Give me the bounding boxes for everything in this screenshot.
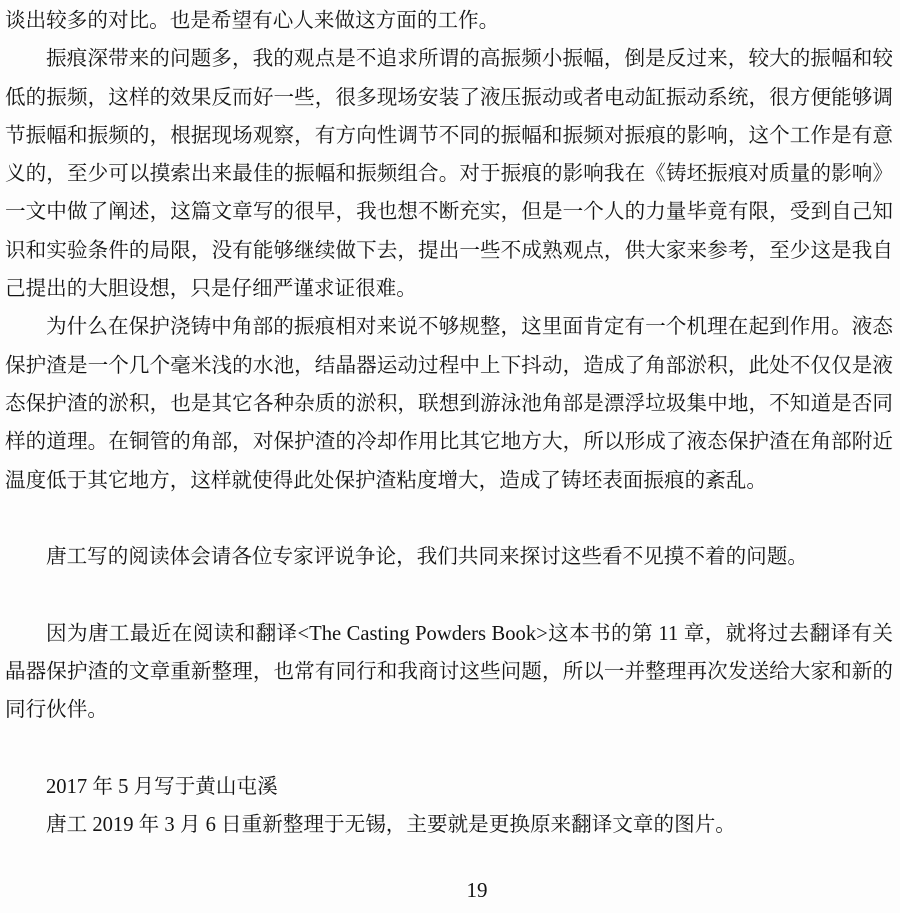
text-line: 样的道理。在铜管的角部，对保护渣的冷却作用比其它地方大，所以形成了液态保护渣在角… [5, 423, 893, 461]
text-line: 谈出较多的对比。也是希望有心人来做这方面的工作。 [5, 2, 893, 40]
page-number: 19 [467, 878, 488, 902]
text-line: 因为唐工最近在阅读和翻译<The Casting Powders Book>这本… [5, 615, 893, 653]
page-text: 谈出较多的对比。也是希望有心人来做这方面的工作。振痕深带来的问题多，我的观点是不… [5, 2, 893, 845]
text-line: 保护渣是一个几个毫米浅的水池，结晶器运动过程中上下抖动，造成了角部淤积，此处不仅… [5, 347, 893, 385]
paragraph: 为什么在保护浇铸中角部的振痕相对来说不够规整，这里面肯定有一个机理在起到作用。液… [5, 308, 893, 499]
text-line: 义的，至少可以摸索出来最佳的振幅和振频组合。对于振痕的影响我在《铸坯振痕对质量的… [5, 155, 893, 193]
text-line: 同行伙伴。 [5, 691, 893, 729]
text-line: 一文中做了阐述，这篇文章写的很早，我也想不断充实，但是一个人的力量毕竟有限，受到… [5, 193, 893, 231]
text-line: 低的振频，这样的效果反而好一些，很多现场安装了液压振动或者电动缸振动系统，很方便… [5, 79, 893, 117]
text-line: 为什么在保护浇铸中角部的振痕相对来说不够规整，这里面肯定有一个机理在起到作用。液… [5, 308, 893, 346]
paragraph: 振痕深带来的问题多，我的观点是不追求所谓的高振频小振幅，倒是反过来，较大的振幅和… [5, 40, 893, 308]
text-line: 节振幅和振频的，根据现场观察，有方向性调节不同的振幅和振频对振痕的影响，这个工作… [5, 117, 893, 155]
text-line: 晶器保护渣的文章重新整理，也常有同行和我商讨这些问题，所以一并整理再次发送给大家… [5, 653, 893, 691]
text-line: 态保护渣的淤积，也是其它各种杂质的淤积，联想到游泳池角部是漂浮垃圾集中地，不知道… [5, 385, 893, 423]
text-line: 温度低于其它地方，这样就使得此处保护渣粘度增大，造成了铸坯表面振痕的紊乱。 [5, 462, 893, 500]
text-line: 唐工写的阅读体会请各位专家评说争论，我们共同来探讨这些看不见摸不着的问题。 [5, 538, 893, 576]
text-line: 唐工 2019 年 3 月 6 日重新整理于无锡，主要就是更换原来翻译文章的图片… [5, 806, 893, 844]
text-line: 己提出的大胆设想，只是仔细严谨求证很难。 [5, 270, 893, 308]
paragraph: 唐工 2019 年 3 月 6 日重新整理于无锡，主要就是更换原来翻译文章的图片… [5, 806, 893, 844]
text-line: 振痕深带来的问题多，我的观点是不追求所谓的高振频小振幅，倒是反过来，较大的振幅和… [5, 40, 893, 78]
text-line: 2017 年 5 月写于黄山屯溪 [5, 768, 893, 806]
page-footer: 19 [0, 877, 900, 903]
paragraph: 因为唐工最近在阅读和翻译<The Casting Powders Book>这本… [5, 615, 893, 730]
text-line: 识和实验条件的局限，没有能够继续做下去，提出一些不成熟观点，供大家来参考，至少这… [5, 232, 893, 270]
paragraph: 唐工写的阅读体会请各位专家评说争论，我们共同来探讨这些看不见摸不着的问题。 [5, 538, 893, 576]
document-page: 谈出较多的对比。也是希望有心人来做这方面的工作。振痕深带来的问题多，我的观点是不… [0, 0, 900, 913]
paragraph: 谈出较多的对比。也是希望有心人来做这方面的工作。 [5, 2, 893, 40]
paragraph: 2017 年 5 月写于黄山屯溪 [5, 768, 893, 806]
